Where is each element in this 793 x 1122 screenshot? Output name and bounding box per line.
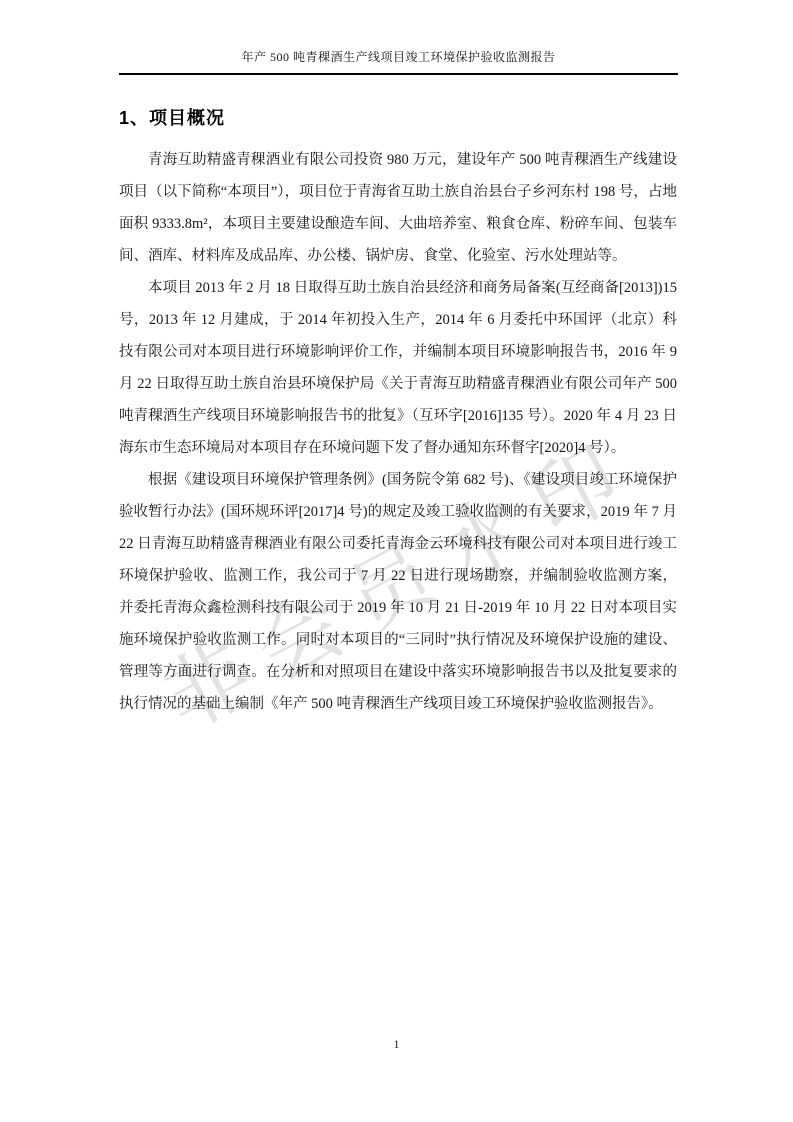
page-number: 1 <box>394 1037 400 1051</box>
paragraph-approval-history: 本项目 2013 年 2 月 18 日取得互助土族自治县经济和商务局备案(互经商… <box>119 272 677 464</box>
header-divider <box>119 73 678 75</box>
page-footer: 1 <box>0 1037 793 1052</box>
section-heading: 1、项目概况 <box>119 104 677 130</box>
paragraph-project-overview: 青海互助精盛青稞酒业有限公司投资 980 万元，建设年产 500 吨青稞酒生产线… <box>119 144 677 272</box>
document-body: 1、项目概况 青海互助精盛青稞酒业有限公司投资 980 万元，建设年产 500 … <box>119 96 677 720</box>
page-header: 年产 500 吨青稞酒生产线项目竣工环境保护验收监测报告 <box>119 48 678 75</box>
running-header-title: 年产 500 吨青稞酒生产线项目竣工环境保护验收监测报告 <box>119 48 678 73</box>
paragraph-acceptance-basis: 根据《建设项目环境保护管理条例》(国务院令第 682 号)、《建设项目竣工环境保… <box>119 464 677 720</box>
document-page: 非会员水印 年产 500 吨青稞酒生产线项目竣工环境保护验收监测报告 1、项目概… <box>0 0 793 1122</box>
